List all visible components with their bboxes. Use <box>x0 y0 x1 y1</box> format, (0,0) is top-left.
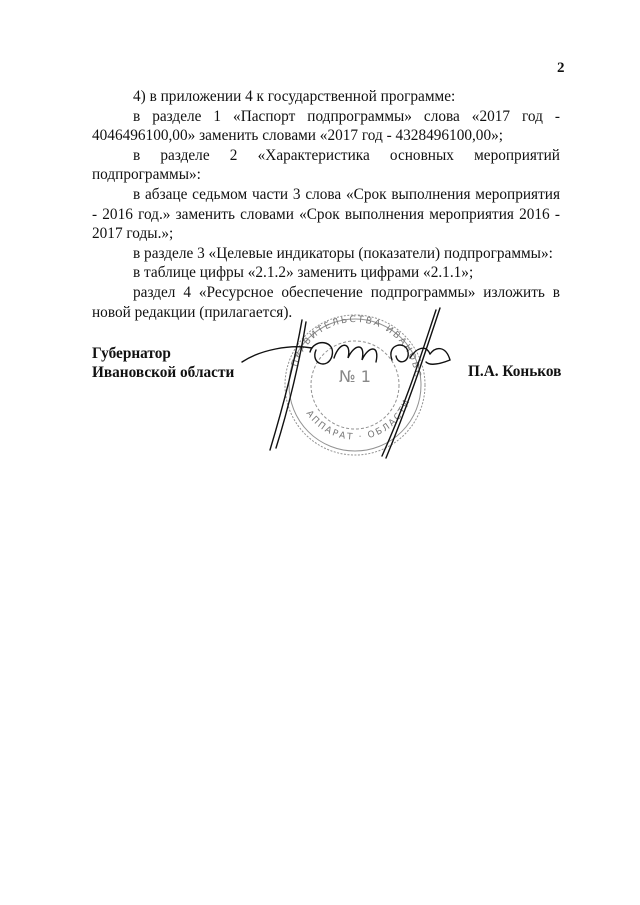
svg-text:ПРАВИТЕЛЬСТВА ИВАНОВСКОЙ: ПРАВИТЕЛЬСТВА ИВАНОВСКОЙ <box>240 300 422 379</box>
signatory-title: Губернатор Ивановской области <box>92 344 234 382</box>
signatory-title-line1: Губернатор <box>92 344 234 363</box>
paragraph-section-3: в разделе 3 «Целевые индикаторы (показат… <box>92 244 560 264</box>
stamp-center: № 1 <box>339 367 371 386</box>
document-body: 4) в приложении 4 к государственной прог… <box>92 87 560 322</box>
stamp-and-signature: ПРАВИТЕЛЬСТВА ИВАНОВСКОЙ АППАРАТ · ОБЛАС… <box>240 300 470 460</box>
paragraph-section-2: в разделе 2 «Характеристика основных мер… <box>92 146 560 185</box>
stamp-ring-top: ПРАВИТЕЛЬСТВА ИВАНОВСКОЙ <box>240 300 422 379</box>
signatory-name: П.А. Коньков <box>468 363 561 381</box>
paragraph-part-3: в абзаце седьмом части 3 слова «Срок вып… <box>92 185 560 244</box>
paragraph-section-1: в разделе 1 «Паспорт подпрограммы» слова… <box>92 107 560 146</box>
paragraph-table-digits: в таблице цифры «2.1.2» заменить цифрами… <box>92 263 560 283</box>
official-stamp-icon: ПРАВИТЕЛЬСТВА ИВАНОВСКОЙ АППАРАТ · ОБЛАС… <box>240 300 470 460</box>
page-number: 2 <box>557 60 565 77</box>
paragraph-appendix-4: 4) в приложении 4 к государственной прог… <box>92 87 560 107</box>
signatory-title-line2: Ивановской области <box>92 363 234 382</box>
